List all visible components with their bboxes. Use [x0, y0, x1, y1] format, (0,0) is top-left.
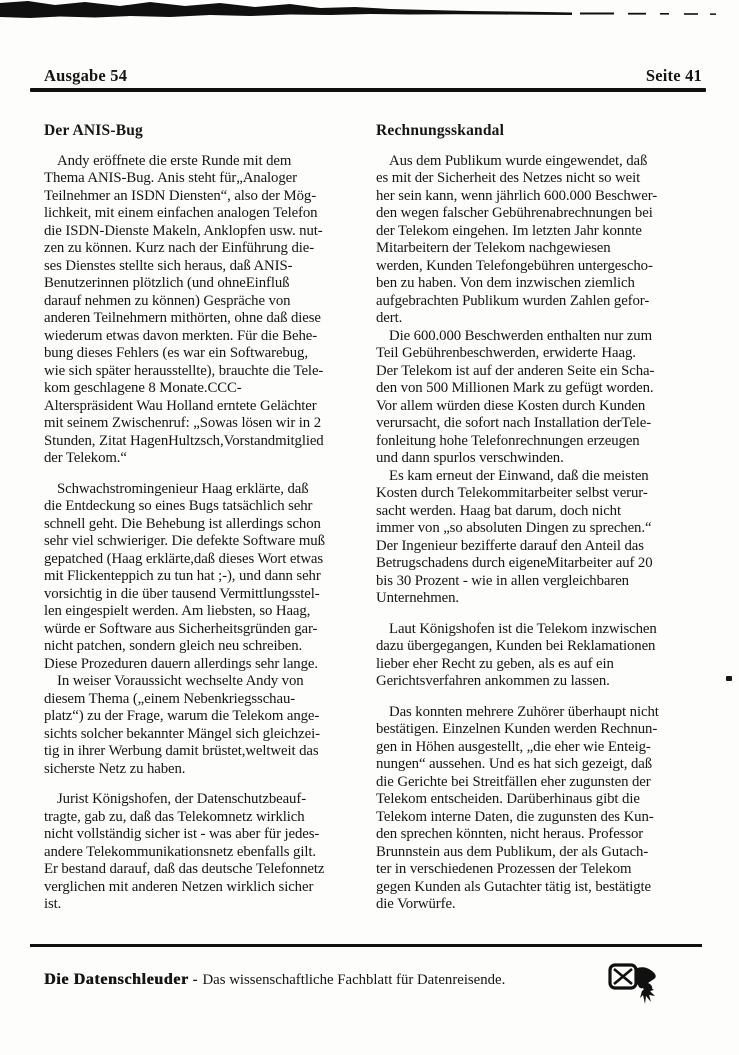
paragraph: Schwachstromingenieur Haag erklärte, daß…: [44, 481, 360, 674]
right-column: Rechnungsskandal Aus dem Publikum wurde …: [376, 122, 706, 914]
datenschleuder-sling-hand-icon: [608, 960, 664, 1012]
article-title-anis-bug: Der ANIS-Bug: [44, 122, 360, 140]
magazine-tagline: Das wissenschaftliche Fachblatt für Date…: [203, 972, 506, 988]
scan-speck: [726, 676, 732, 681]
paragraph: In weiser Voraussicht wechselte Andy von…: [44, 673, 360, 778]
header-page-number: Seite 41: [646, 66, 702, 86]
magazine-brand: Die Datenschleuder: [44, 971, 189, 988]
footer-separator: -: [193, 972, 198, 988]
paragraph: Die 600.000 Beschwerden enthalten nur zu…: [376, 328, 706, 468]
header-rule: [30, 88, 706, 92]
paragraph: Aus dem Publikum wurde eingewendet, daß …: [376, 153, 706, 328]
left-column: Der ANIS-Bug Andy eröffnete die erste Ru…: [44, 122, 360, 914]
header-issue-label: Ausgabe 54: [44, 66, 127, 86]
footer-imprint: Die Datenschleuder-Das wissenschaftliche…: [44, 971, 505, 989]
paragraph: Das konnten mehrere Zuhörer überhaupt ni…: [376, 704, 706, 914]
footer-rule: [30, 944, 702, 947]
paragraph: Andy eröffnete die erste Runde mit dem T…: [44, 153, 360, 468]
paragraph: Laut Königshofen ist die Telekom inzwisc…: [376, 621, 706, 691]
paragraph: Jurist Königshofen, der Datenschutzbeauf…: [44, 791, 360, 914]
article-title-rechnungsskandal: Rechnungsskandal: [376, 122, 706, 140]
torn-page-edge: [0, 0, 739, 24]
article-columns: Der ANIS-Bug Andy eröffnete die erste Ru…: [44, 122, 706, 914]
paragraph: Es kam erneut der Einwand, daß die meist…: [376, 468, 706, 608]
